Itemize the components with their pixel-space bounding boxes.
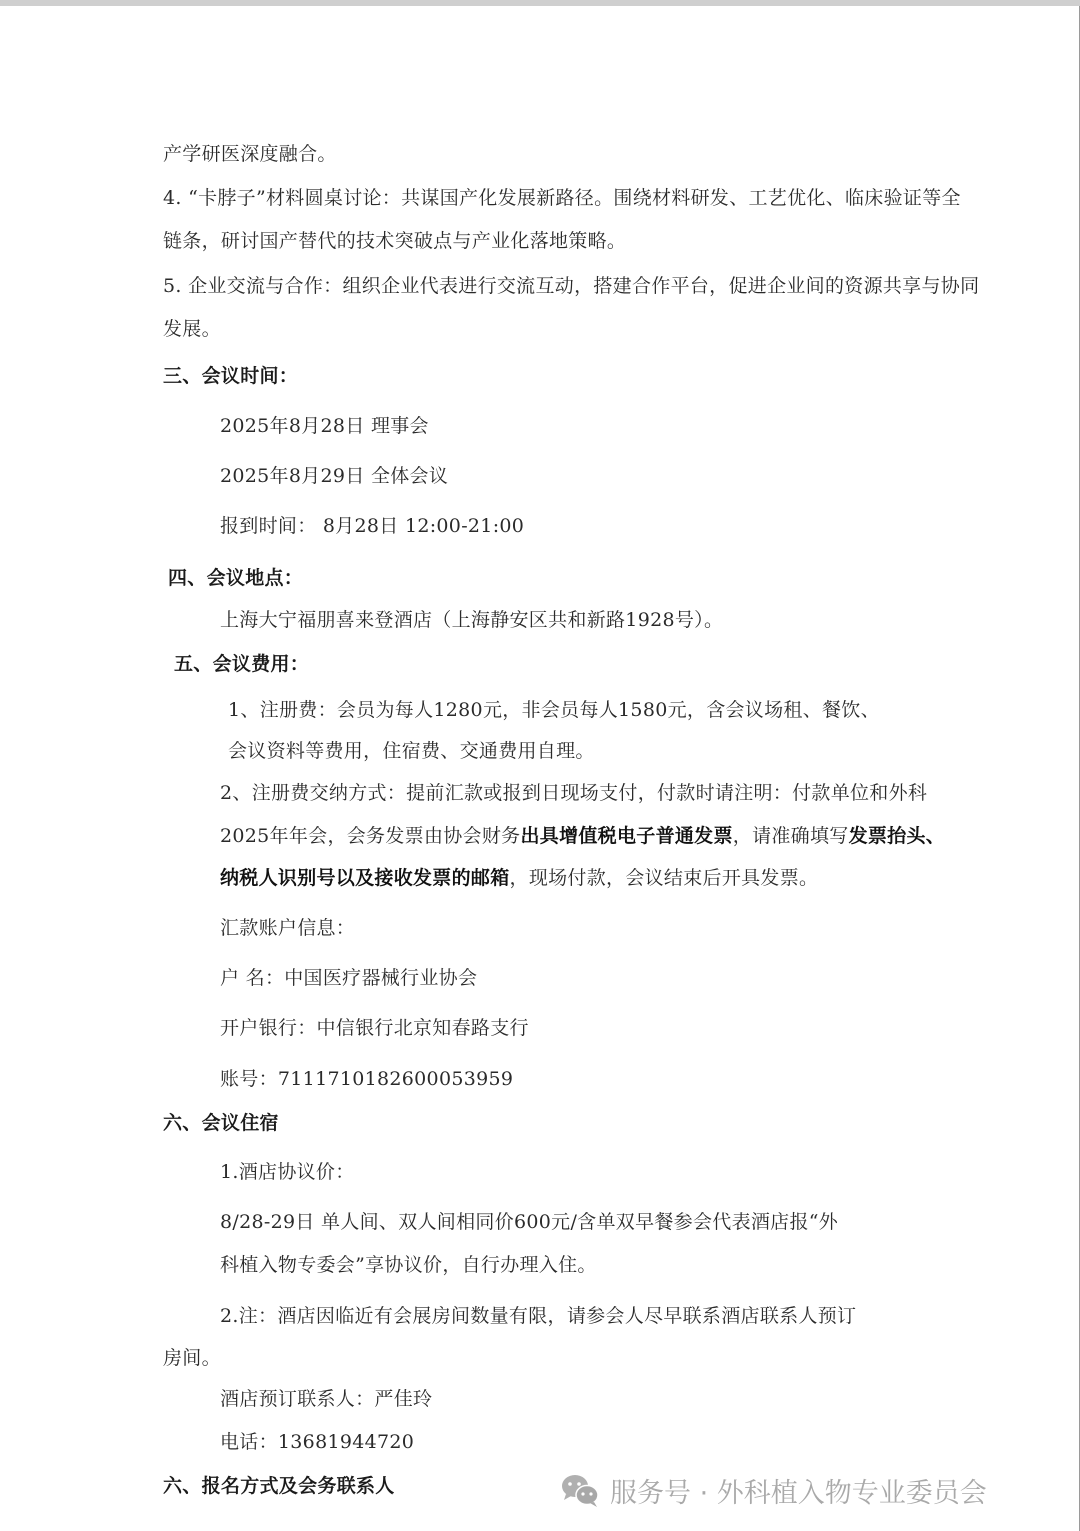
lodging-price-cont: 科植入物专委会”享协议价，自行办理入住。 — [220, 1253, 597, 1277]
fee-item-1-cont: 会议资料等费用，住宿费、交通费用自理。 — [228, 739, 595, 763]
fee-item-1: 1、注册费：会员为每人1280元，非会员每人1580元，含会议场租、餐饮、 — [228, 698, 880, 722]
emphasis-invoice-type: 出具增值税电子普通发票 — [520, 825, 732, 847]
section-heading-venue: 四、会议地点： — [168, 566, 303, 590]
fee-item-2-cont2: 纳税人识别号以及接收发票的邮箱，现场付款，会议结束后开具发票。 — [220, 866, 818, 890]
section-heading-registration: 六、报名方式及会务联系人 — [163, 1474, 395, 1498]
section-heading-fee: 五、会议费用： — [174, 652, 309, 676]
fee-item-2-cont: 2025年年会，会务发票由协会财务出具增值税电子普通发票，请准确填写发票抬头、 — [220, 824, 945, 848]
section-heading-lodging: 六、会议住宿 — [163, 1111, 279, 1135]
venue-address: 上海大宁福朋喜来登酒店（上海静安区共和新路1928号）。 — [220, 608, 723, 632]
time-item: 2025年8月29日 全体会议 — [220, 464, 448, 488]
watermark-text: 服务号 · 外科植入物专业委员会 — [610, 1471, 987, 1510]
account-number: 账号：7111710182600053959 — [220, 1067, 513, 1091]
agenda-item-4-cont: 链条，研讨国产替代的技术突破点与产业化落地策略。 — [163, 229, 626, 253]
account-name: 户 名：中国医疗器械行业协会 — [220, 966, 477, 990]
emphasis-tax-id: 纳税人识别号以及接收发票的邮箱 — [220, 867, 510, 889]
account-info-title: 汇款账户信息： — [220, 916, 355, 940]
fee-item-2: 2、注册费交纳方式：提前汇款或报到日现场支付，付款时请注明：付款单位和外科 — [220, 781, 927, 805]
lodging-note-cont: 房间。 — [163, 1346, 221, 1370]
time-item: 2025年8月28日 理事会 — [220, 414, 429, 438]
section-heading-time: 三、会议时间： — [163, 364, 298, 388]
paragraph-line: 产学研医深度融合。 — [163, 142, 337, 166]
agenda-item-5-cont: 发展。 — [163, 317, 221, 341]
watermark: 服务号 · 外科植入物专业委员会 — [560, 1470, 987, 1510]
account-bank: 开户银行：中信银行北京知春路支行 — [220, 1016, 529, 1040]
hotel-contact: 酒店预订联系人：严佳玲 — [220, 1387, 432, 1411]
emphasis-invoice-title: 发票抬头、 — [849, 825, 946, 847]
time-item: 报到时间： 8月28日 12:00-21:00 — [220, 514, 524, 538]
agenda-item-5: 5. 企业交流与合作：组织企业代表进行交流互动，搭建合作平台，促进企业间的资源共… — [163, 274, 979, 298]
agenda-item-4: 4. “卡脖子”材料圆桌讨论：共谋国产化发展新路径。围绕材料研发、工艺优化、临床… — [163, 186, 961, 210]
lodging-price: 8/28-29日 单人间、双人间相同价600元/含单双早餐参会代表酒店报“外 — [220, 1210, 838, 1234]
lodging-note: 2.注：酒店因临近有会展房间数量有限，请参会人尽早联系酒店联系人预订 — [220, 1304, 856, 1328]
wechat-icon — [560, 1472, 600, 1508]
lodging-item-1: 1.酒店协议价： — [220, 1160, 355, 1184]
top-border — [0, 0, 1080, 6]
hotel-phone: 电话：13681944720 — [220, 1430, 414, 1454]
